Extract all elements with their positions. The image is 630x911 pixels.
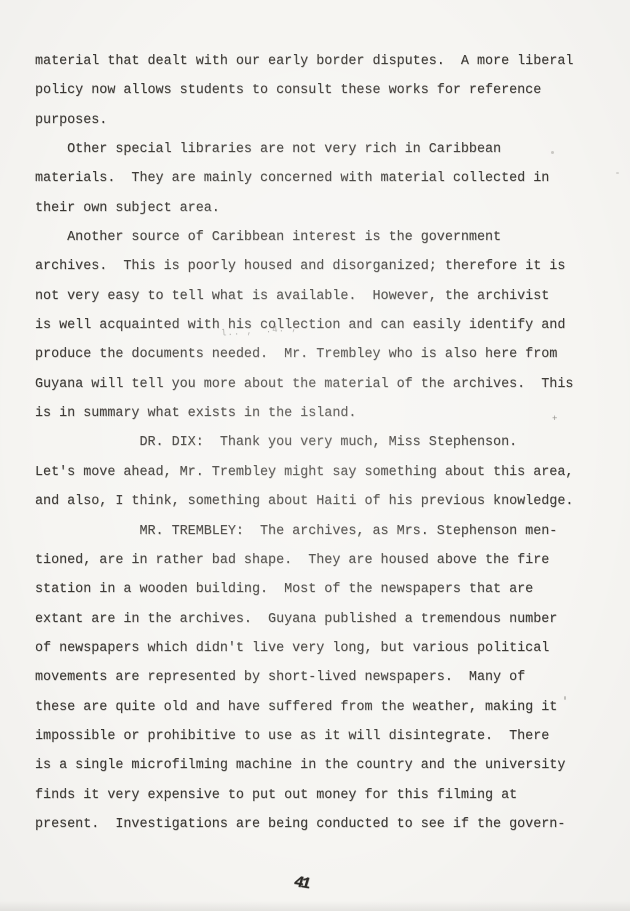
text-line: tioned, are in rather bad shape. They ar…	[35, 546, 610, 575]
text-line: finds it very expensive to put out money…	[35, 781, 610, 810]
text-line-speaker-dr-dix: DR. DIX: Thank you very much, Miss Steph…	[35, 428, 610, 457]
text-line: is a single microfilming machine in the …	[35, 751, 610, 780]
text-line: Another source of Caribbean interest is …	[35, 223, 610, 252]
handwritten-page-number: 41	[291, 873, 310, 893]
text-line: Let's move ahead, Mr. Trembley might say…	[35, 458, 610, 487]
margin-tick-artifact: +	[552, 414, 557, 424]
text-line: materials. They are mainly concerned wit…	[35, 164, 610, 193]
typewritten-text-block: material that dealt with our early borde…	[35, 47, 610, 839]
text-line: archives. This is poorly housed and diso…	[35, 252, 610, 281]
text-line: is well acquainted with his collection a…	[35, 311, 610, 340]
scan-speck	[616, 172, 619, 174]
text-line: material that dealt with our early borde…	[35, 47, 610, 76]
text-line: their own subject area.	[35, 194, 610, 223]
text-line-speaker-mr-trembley: MR. TREMBLEY: The archives, as Mrs. Step…	[35, 517, 610, 546]
text-line: these are quite old and have suffered fr…	[35, 693, 610, 722]
text-line: Guyana will tell you more about the mate…	[35, 370, 610, 399]
text-line: policy now allows students to consult th…	[35, 76, 610, 105]
text-line: is in summary what exists in the island.	[35, 399, 610, 428]
text-line: of newspapers which didn't live very lon…	[35, 634, 610, 663]
document-page: material that dealt with our early borde…	[0, 0, 630, 911]
text-line: movements are represented by short-lived…	[35, 663, 610, 692]
text-line: Other special libraries are not very ric…	[35, 135, 610, 164]
text-line: impossible or prohibitive to use as it w…	[35, 722, 610, 751]
text-line: and also, I think, something about Haiti…	[35, 487, 610, 516]
text-line: not very easy to tell what is available.…	[35, 282, 610, 311]
text-line: purposes.	[35, 106, 610, 135]
text-line: present. Investigations are being conduc…	[35, 810, 610, 839]
text-line: station in a wooden building. Most of th…	[35, 575, 610, 604]
text-line: extant are in the archives. Guyana publi…	[35, 605, 610, 634]
text-line: produce the documents needed. Mr. Trembl…	[35, 340, 610, 369]
